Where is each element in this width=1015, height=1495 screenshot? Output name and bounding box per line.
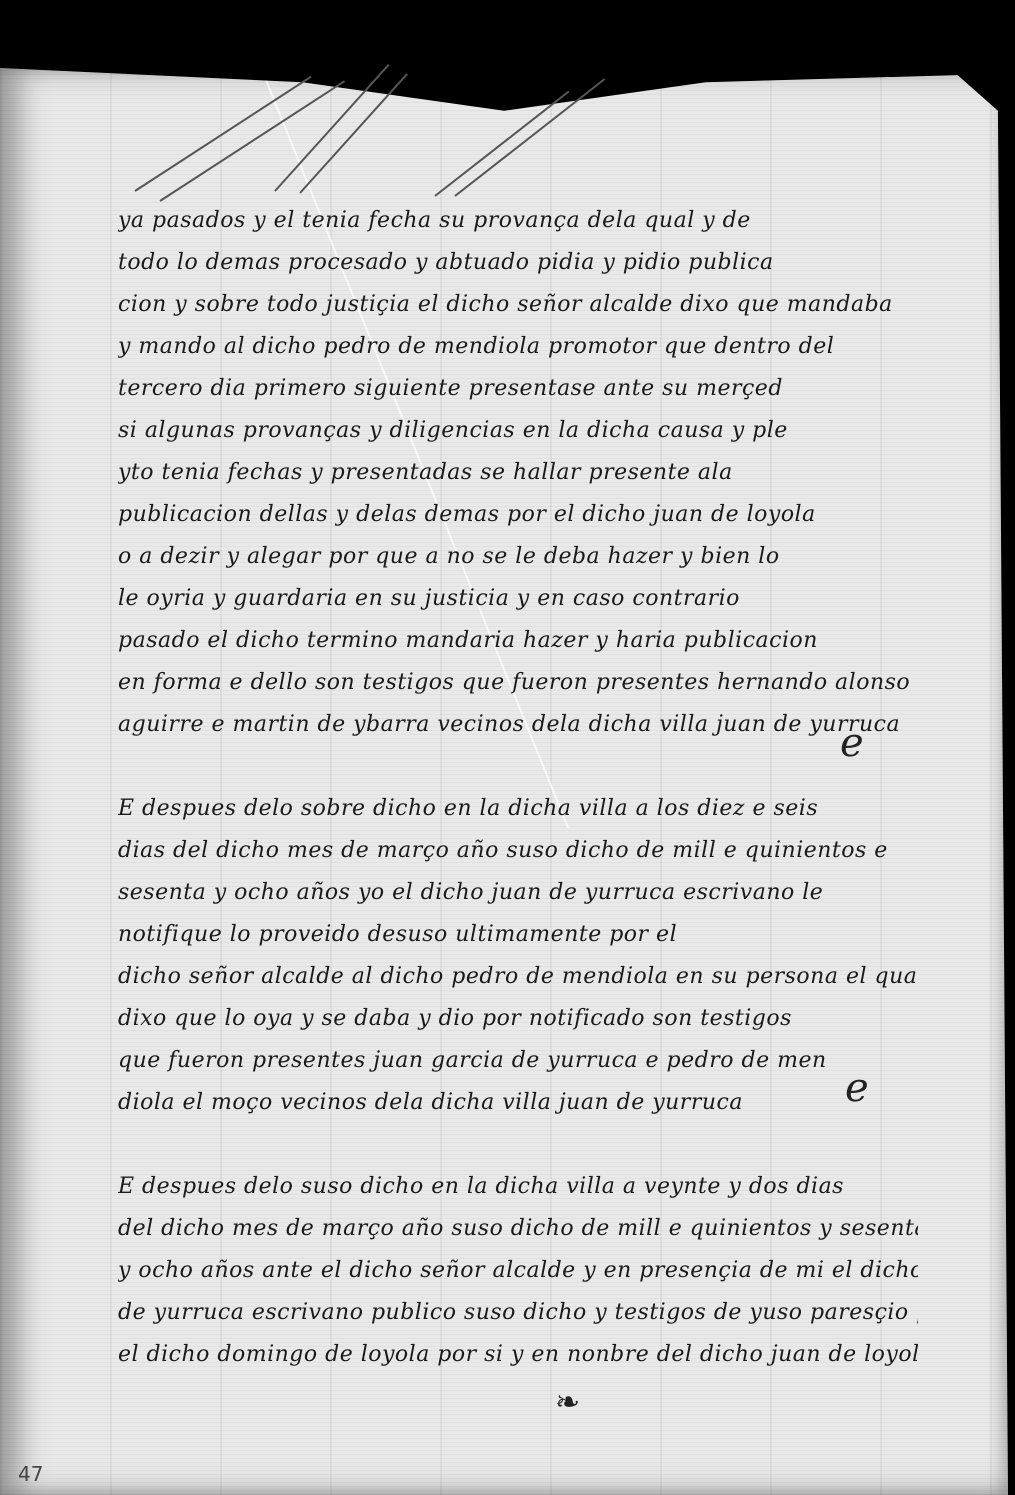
text-line: diola el moço vecinos dela dicha villa j… <box>118 1082 918 1124</box>
scribal-flourish: ℯ <box>845 1065 869 1111</box>
strike-line <box>454 78 605 197</box>
text-line: aguirre e martin de ybarra vecinos dela … <box>118 704 918 746</box>
strike-line <box>134 76 311 192</box>
text-line: le oyria y guardaria en su justicia y en… <box>118 578 918 620</box>
text-line: dias del dicho mes de março año suso dic… <box>118 830 918 872</box>
scribal-rubric: ❧ <box>555 1385 580 1420</box>
text-line: de yurruca escrivano publico suso dicho … <box>118 1292 918 1334</box>
text-line: dixo que lo oya y se daba y dio por noti… <box>118 998 918 1040</box>
text-line: E despues delo sobre dicho en la dicha v… <box>118 788 918 830</box>
paragraph-gap <box>118 746 918 788</box>
text-line: ya pasados y el tenia fecha su provança … <box>118 200 918 242</box>
scribal-flourish: ℯ <box>840 720 864 766</box>
strike-line <box>434 91 569 197</box>
text-line: el dicho domingo de loyola por si y en n… <box>118 1334 918 1376</box>
text-line: todo lo demas procesado y abtuado pidia … <box>118 242 918 284</box>
text-line: pasado el dicho termino mandaria hazer y… <box>118 620 918 662</box>
text-line: en forma e dello son testigos que fueron… <box>118 662 918 704</box>
folio-number: 47 <box>18 1462 43 1486</box>
text-line: y ocho años ante el dicho señor alcalde … <box>118 1250 918 1292</box>
text-line: yto tenia fechas y presentadas se hallar… <box>118 452 918 494</box>
text-line: cion y sobre todo justiçia el dicho seño… <box>118 284 918 326</box>
strike-line <box>299 73 408 193</box>
text-line: sesenta y ocho años yo el dicho juan de … <box>118 872 918 914</box>
text-line: o a dezir y alegar por que a no se le de… <box>118 536 918 578</box>
strike-line <box>274 64 389 192</box>
text-line: del dicho mes de março año suso dicho de… <box>118 1208 918 1250</box>
text-line: y mando al dicho pedro de mendiola promo… <box>118 326 918 368</box>
paragraph-gap <box>118 1124 918 1166</box>
transcribed-text: ya pasados y el tenia fecha su provança … <box>118 200 918 1376</box>
text-line: tercero dia primero siguiente presentase… <box>118 368 918 410</box>
text-line: dicho señor alcalde al dicho pedro de me… <box>118 956 918 998</box>
text-line: publicacion dellas y delas demas por el … <box>118 494 918 536</box>
text-line: que fueron presentes juan garcia de yurr… <box>118 1040 918 1082</box>
text-line: notifique lo proveido desuso ultimamente… <box>118 914 918 956</box>
text-line: E despues delo suso dicho en la dicha vi… <box>118 1166 918 1208</box>
text-line: si algunas provanças y diligencias en la… <box>118 410 918 452</box>
